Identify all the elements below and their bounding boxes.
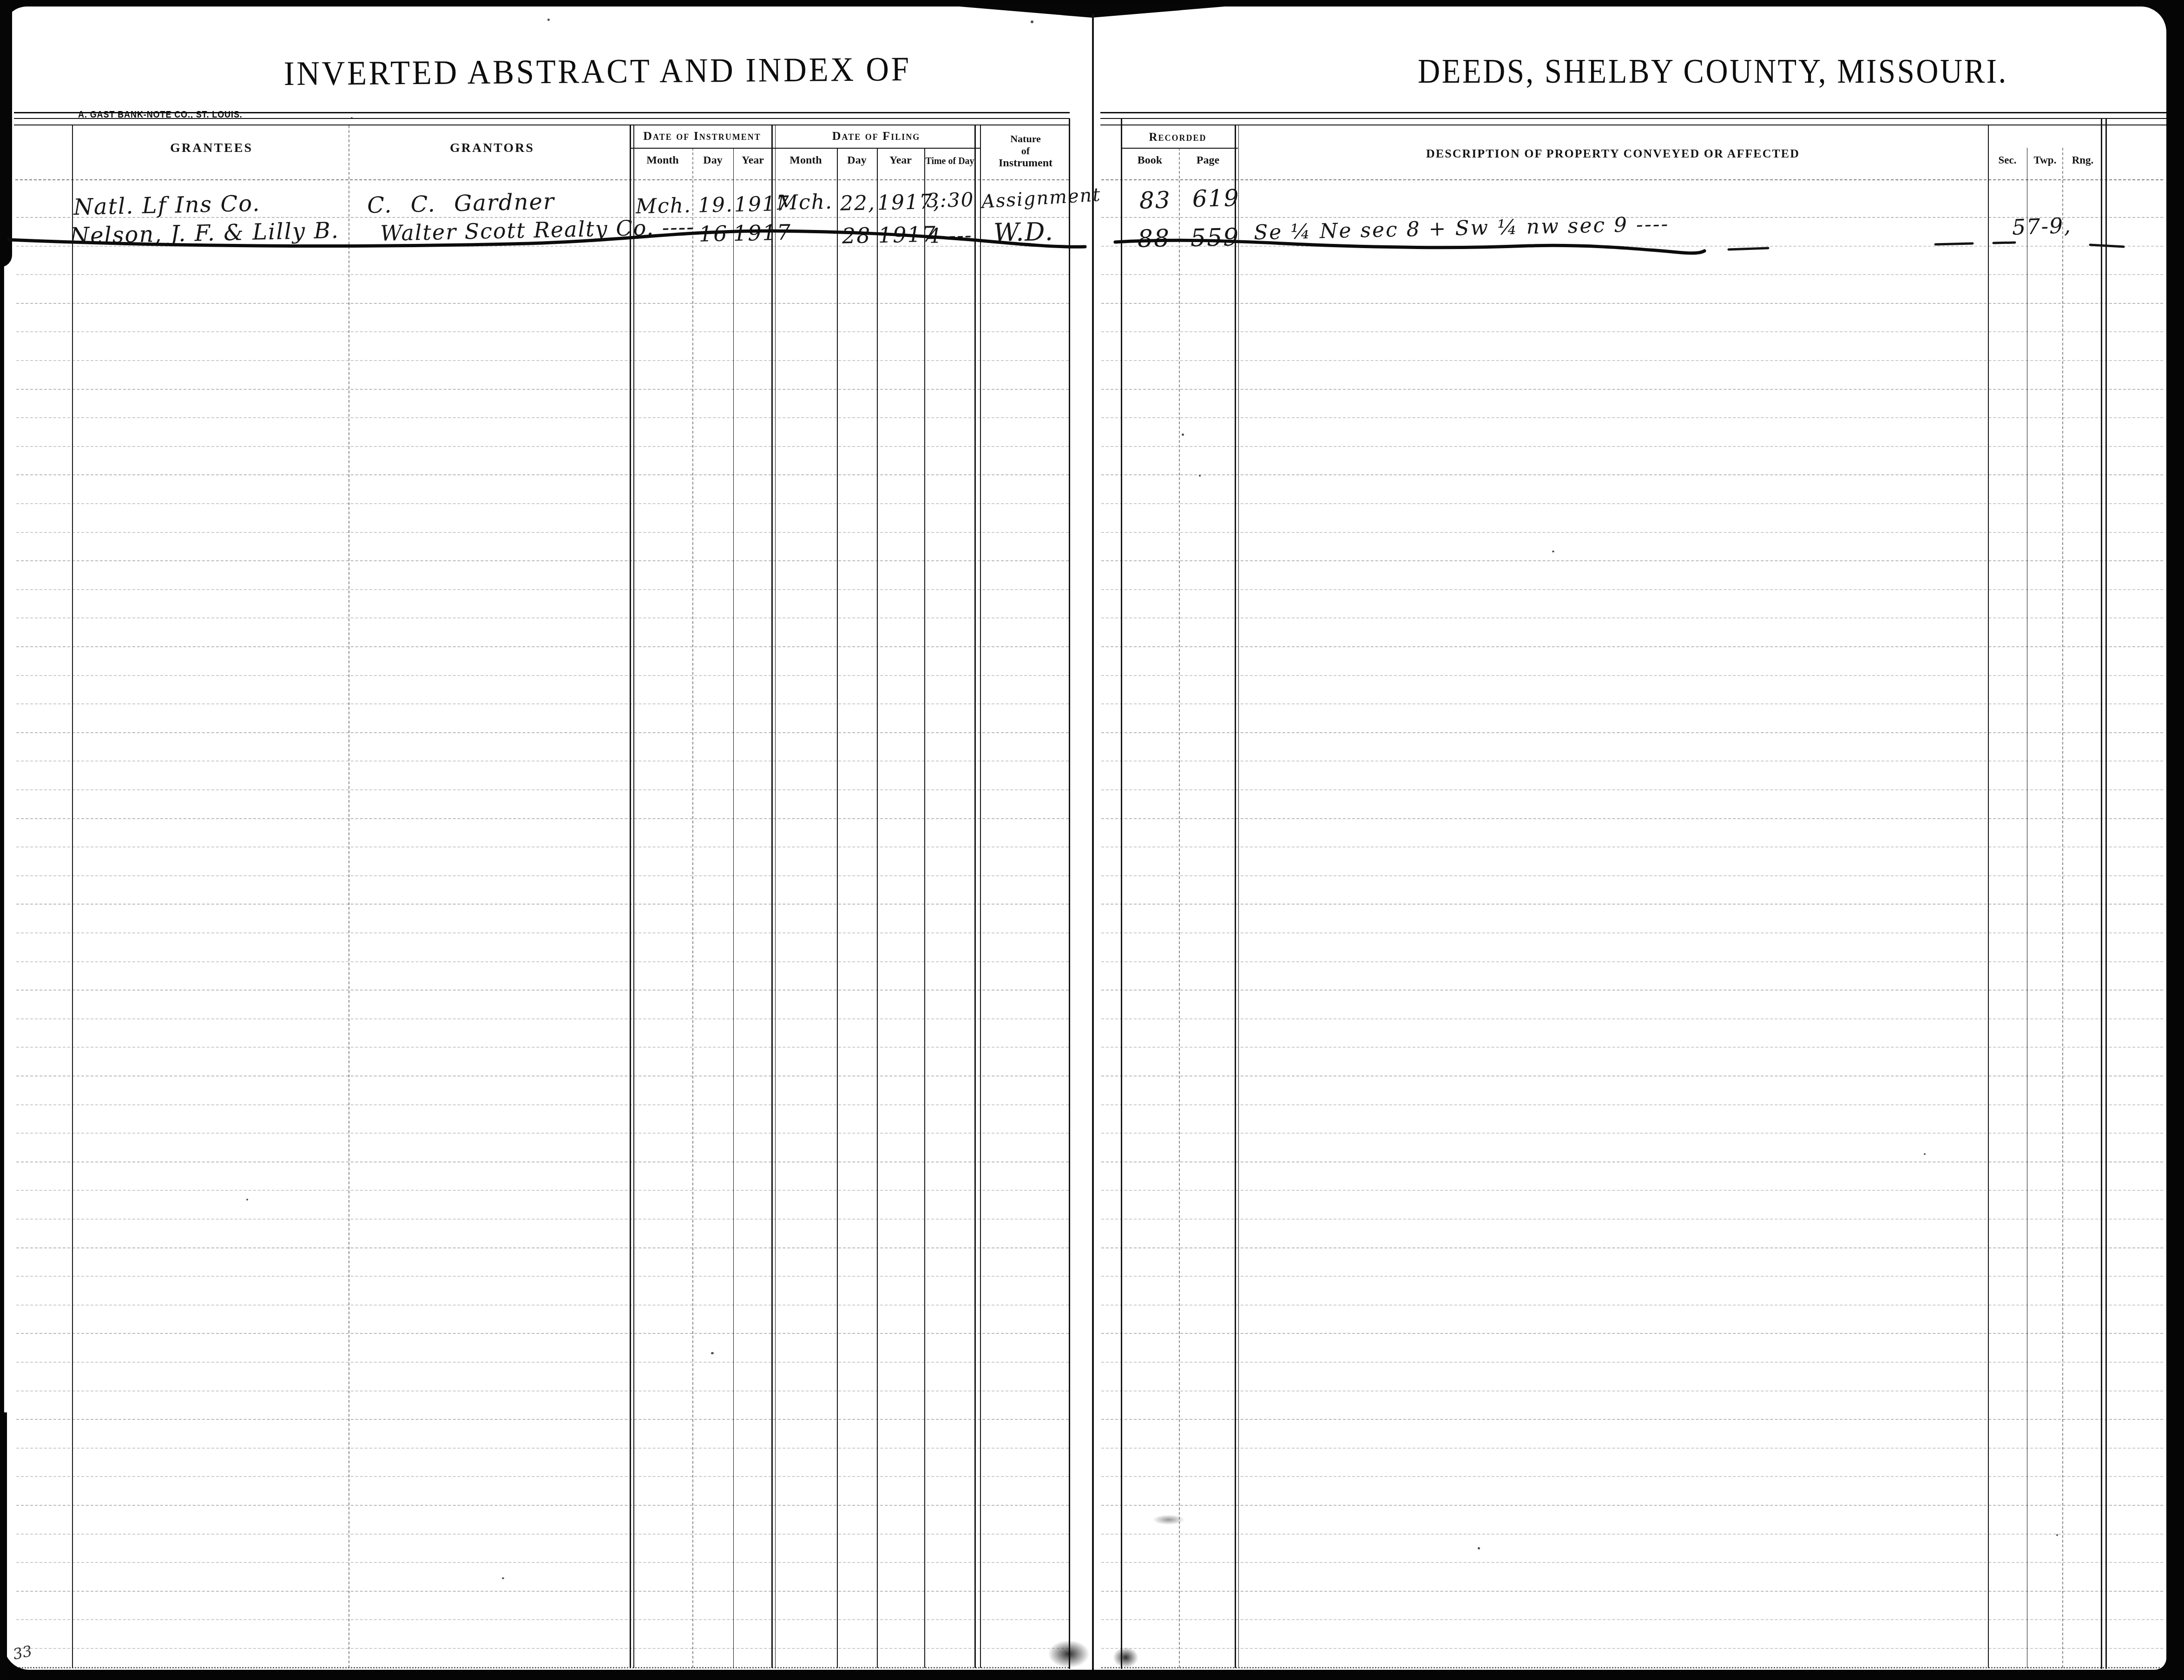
entry-page: 619	[1192, 184, 1240, 212]
ruled-line	[1101, 1667, 2163, 1668]
column-header-filing-day: Day	[837, 154, 877, 167]
printer-imprint: A. GAST BANK-NOTE CO., ST. LOUIS.	[78, 110, 243, 120]
header-bottom-line	[1101, 179, 2163, 180]
column-header-page: Page	[1179, 154, 1237, 167]
ink-speck	[711, 1352, 714, 1354]
ruled-line	[1101, 675, 2163, 676]
right-page-title: DEEDS, SHELBY COUNTY, MISSOURI.	[1418, 52, 1970, 92]
ruled-line	[16, 875, 1069, 876]
column-line	[633, 125, 634, 1668]
ruled-line	[1101, 904, 2163, 905]
ruled-line	[1101, 331, 2163, 332]
column-line	[837, 148, 838, 1668]
ruled-line	[1101, 1333, 2163, 1334]
ruled-line	[1101, 818, 2163, 819]
ruled-line	[16, 761, 1069, 761]
column-header-grantors: GRANTORS	[355, 141, 630, 156]
ruled-line	[16, 589, 1069, 590]
column-line	[692, 148, 693, 1668]
ruled-line	[16, 932, 1069, 933]
entry-filing-day: 22,	[840, 191, 875, 216]
ruled-line	[1101, 303, 2163, 304]
column-header-grantees: GRANTEES	[74, 141, 349, 156]
column-line	[775, 125, 776, 1668]
ink-speck	[1924, 1153, 1926, 1155]
ruled-line	[16, 1276, 1069, 1277]
entry-instrument-day: 16	[698, 221, 728, 246]
ruled-line	[1101, 703, 2163, 704]
column-line	[349, 125, 349, 1668]
ruled-line	[16, 990, 1069, 991]
ruled-line	[16, 331, 1069, 332]
ruled-line	[1101, 503, 2163, 504]
ruled-line	[1101, 789, 2163, 790]
column-header-date-of-filing: Date of Filing	[775, 129, 978, 143]
ruled-line	[1101, 274, 2163, 275]
ruled-line	[1101, 417, 2163, 418]
ruled-line	[16, 1305, 1069, 1306]
entry-filing-day: 28	[842, 223, 871, 248]
ruled-line	[16, 1591, 1069, 1592]
column-line	[980, 125, 981, 1668]
ruled-line	[16, 503, 1069, 504]
ruled-line	[16, 617, 1069, 618]
scanned-ledger-spread: INVERTED ABSTRACT AND INDEX OF A. GAST B…	[0, 0, 2184, 1680]
entry-filing-time: 4 ---	[927, 223, 973, 248]
ruled-line	[1101, 1162, 2163, 1162]
ruled-line	[16, 904, 1069, 905]
ruled-line	[16, 847, 1069, 847]
entry-grantors: C. C. Gardner	[367, 189, 555, 218]
ruled-line	[1101, 1619, 2163, 1620]
ruled-line	[1101, 1276, 2163, 1277]
column-line	[2105, 118, 2107, 1669]
ruled-line	[16, 1076, 1069, 1076]
ruled-line	[1101, 1247, 2163, 1248]
column-header-time-of-day: Time of Day	[922, 156, 977, 167]
entry-grantees: Natl. Lf Ins Co.	[73, 190, 261, 220]
ruled-line	[1101, 1476, 2163, 1477]
column-header-instrument-year: Year	[733, 154, 772, 167]
column-line	[877, 148, 878, 1668]
ruled-line	[16, 532, 1069, 533]
ink-speck	[1031, 20, 1033, 23]
ruled-line	[1101, 246, 2163, 247]
entry-sec-twp-rng: 57-9,	[2012, 213, 2072, 240]
column-line	[2101, 118, 2102, 1669]
ruled-line	[16, 274, 1069, 275]
scan-edge-left-top	[0, 0, 12, 267]
ruled-line	[16, 417, 1069, 418]
ruled-line	[1101, 1305, 2163, 1306]
ruled-line	[1101, 1133, 2163, 1134]
ink-speck	[246, 1199, 248, 1201]
ruled-line	[1101, 932, 2163, 933]
rule	[630, 148, 980, 149]
column-header-sec: Sec.	[1988, 154, 2027, 166]
ruled-line	[1101, 1562, 2163, 1563]
column-line	[771, 125, 773, 1668]
ruled-line	[1101, 732, 2163, 733]
ruled-line	[16, 303, 1069, 304]
ruled-line	[1101, 1534, 2163, 1535]
ruled-line	[16, 1247, 1069, 1248]
ruled-line	[1101, 646, 2163, 647]
ink-speck	[502, 1577, 504, 1579]
ruled-line	[16, 1448, 1069, 1449]
entry-filing-month: Mch.	[776, 190, 833, 215]
ink-speck	[351, 117, 353, 119]
column-line	[924, 148, 925, 1668]
ruled-line	[16, 1333, 1069, 1334]
ruled-line	[1101, 532, 2163, 533]
ruled-line	[16, 1419, 1069, 1420]
column-line	[974, 125, 976, 1668]
ink-smudge	[1152, 1515, 1185, 1525]
ruled-line	[16, 646, 1069, 647]
ruled-line	[16, 360, 1069, 361]
ruled-line	[16, 474, 1069, 475]
column-header-description: DESCRIPTION OF PROPERTY CONVEYED OR AFFE…	[1239, 147, 1987, 161]
paper-sheet	[4, 7, 2166, 1670]
column-header-date-of-instrument: Date of Instrument	[633, 129, 771, 143]
left-page-right-border	[1069, 118, 1070, 1669]
ruled-line	[1101, 1448, 2163, 1449]
ruled-line	[1101, 1018, 2163, 1019]
ruled-line	[16, 703, 1069, 704]
nature-word: of	[981, 145, 1070, 157]
ruled-line	[16, 1133, 1069, 1134]
column-header-recorded: Recorded	[1121, 131, 1235, 144]
column-header-instrument-day: Day	[692, 154, 733, 167]
ruled-line	[16, 560, 1069, 561]
ink-speck	[1478, 1547, 1480, 1549]
ruled-line	[16, 1104, 1069, 1105]
ruled-line	[16, 1619, 1069, 1620]
ruled-line	[16, 1219, 1069, 1220]
entry-book: 88	[1137, 224, 1170, 253]
column-line	[72, 125, 73, 1668]
ruled-line	[1101, 1076, 2163, 1076]
ruled-line	[1101, 1104, 2163, 1105]
ruled-line	[16, 961, 1069, 962]
column-header-twp: Twp.	[2027, 154, 2063, 166]
ruled-line	[1101, 1190, 2163, 1191]
column-header-filing-year: Year	[877, 154, 924, 167]
column-header-book: Book	[1121, 154, 1179, 167]
ruled-line	[16, 1505, 1069, 1506]
column-line	[1988, 125, 1989, 1668]
column-line	[630, 125, 631, 1668]
ink-smudge	[1048, 1640, 1090, 1668]
column-line	[1238, 125, 1239, 1668]
column-header-nature-of-instrument: Nature of Instrument	[981, 133, 1070, 169]
ruled-line	[16, 1648, 1069, 1649]
ink-speck	[2056, 1534, 2058, 1536]
entry-nature: W.D.	[993, 217, 1054, 248]
rule	[1100, 125, 2166, 125]
ruled-line	[1101, 1648, 2163, 1649]
column-line	[1179, 148, 1180, 1668]
column-header-instrument-month: Month	[633, 154, 692, 167]
scan-edge-left-bottom	[0, 1412, 7, 1680]
ruled-line	[1101, 1219, 2163, 1220]
ruled-line	[16, 1162, 1069, 1162]
ruled-line	[16, 732, 1069, 733]
nature-word: Nature	[981, 133, 1070, 145]
ruled-line	[1101, 961, 2163, 962]
ruled-line	[16, 1534, 1069, 1535]
ink-speck	[1199, 475, 1201, 477]
rule	[1100, 118, 2166, 119]
ruled-line	[16, 1667, 1069, 1668]
ruled-line	[16, 675, 1069, 676]
ruled-line	[1101, 990, 2163, 991]
ruled-line	[1101, 875, 2163, 876]
ruled-line	[1101, 1391, 2163, 1391]
left-page-title: INVERTED ABSTRACT AND INDEX OF	[283, 50, 910, 94]
ruled-line	[16, 1047, 1069, 1048]
nature-word: Instrument	[981, 157, 1070, 169]
ruled-line	[1101, 474, 2163, 475]
ink-speck	[547, 19, 550, 21]
page-seam	[1092, 14, 1094, 1670]
ruled-line	[1101, 589, 2163, 590]
ruled-line	[1101, 847, 2163, 847]
rule	[1100, 112, 2166, 113]
column-header-filing-month: Month	[775, 154, 837, 167]
entry-book: 83	[1139, 186, 1171, 214]
ruled-line	[1101, 1419, 2163, 1420]
ruled-line	[1101, 1505, 2163, 1506]
column-line	[2027, 148, 2027, 1668]
rule	[14, 125, 1070, 125]
ink-speck	[1552, 551, 1554, 552]
ruled-line	[1101, 560, 2163, 561]
ruled-line	[16, 1391, 1069, 1391]
ruled-line	[16, 1362, 1069, 1363]
header-bottom-line	[15, 179, 1069, 180]
ruled-line	[1101, 360, 2163, 361]
entry-instrument-year: 1917	[733, 220, 791, 246]
entry-page: 559	[1190, 223, 1239, 252]
entry-instrument-day: 19.	[697, 193, 733, 217]
ink-smudge	[1113, 1647, 1138, 1668]
ruled-line	[16, 1562, 1069, 1563]
ruled-line	[16, 1190, 1069, 1191]
ruled-line	[16, 1476, 1069, 1477]
column-line	[733, 148, 734, 1668]
entry-filing-time: 3:30	[926, 188, 974, 212]
ruled-line	[1101, 1362, 2163, 1363]
ruled-line	[1101, 617, 2163, 618]
ruled-line	[16, 818, 1069, 819]
scan-edge-left	[0, 260, 4, 1422]
ruled-line	[1101, 446, 2163, 447]
ink-speck	[1182, 433, 1184, 436]
column-header-rng: Rng.	[2063, 154, 2102, 166]
column-line	[1235, 125, 1236, 1668]
ruled-line	[16, 1018, 1069, 1019]
ruled-line	[1101, 761, 2163, 761]
column-line	[2062, 148, 2063, 1668]
ruled-line	[16, 389, 1069, 390]
ruled-line	[16, 446, 1069, 447]
ruled-line	[1101, 389, 2163, 390]
ruled-line	[16, 789, 1069, 790]
ruled-line	[1101, 1591, 2163, 1592]
ruled-line	[1101, 1047, 2163, 1048]
right-page-left-border	[1121, 118, 1122, 1669]
